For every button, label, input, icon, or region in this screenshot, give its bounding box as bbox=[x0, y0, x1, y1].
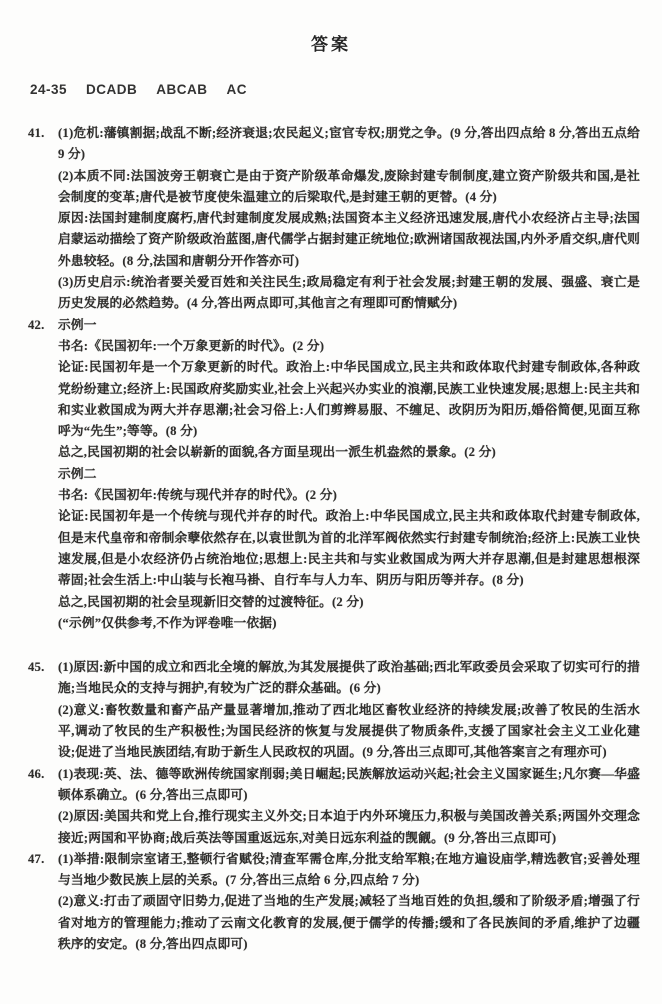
question-block: 45.(1)原因:新中国的成立和西北全境的解放,为其发展提供了政治基础;西北军政… bbox=[28, 657, 640, 763]
answer-paragraph: (2)意义:打击了顽固守旧势力,促进了当地的生产发展;减轻了当地百姓的负担,缓和… bbox=[58, 891, 640, 955]
question-number: 46. bbox=[28, 764, 58, 785]
answer-paragraph: (1)举措:限制宗室诸王,整顿行省赋役;清查军需仓库,分批支给军粮;在地方遍设庙… bbox=[58, 849, 640, 892]
choice-group: AC bbox=[227, 82, 248, 97]
questions-list: 41.(1)危机:藩镇割据;战乱不断;经济衰退;农民起义;宦官专权;朋党之争。(… bbox=[28, 123, 640, 955]
answer-paragraph: (2)意义:畜牧数量和畜产品产量显著增加,推动了西北地区畜牧业经济的持续发展;改… bbox=[58, 700, 640, 764]
multiple-choice-answers: 24-35 DCADB ABCAB AC bbox=[30, 82, 662, 97]
answer-paragraph: (1)原因:新中国的成立和西北全境的解放,为其发展提供了政治基础;西北军政委员会… bbox=[58, 657, 640, 700]
question-body: 示例一书名:《民国初年:一个万象更新的时代》。(2 分)论证:民国初年是一个万象… bbox=[58, 315, 640, 634]
question-body: (1)表现:英、法、德等欧洲传统国家削弱;美日崛起;民族解放运动兴起;社会主义国… bbox=[58, 764, 640, 849]
answer-paragraph: (2)原因:美国共和党上台,推行现实主义外交;日本迫于内外环境压力,积极与美国改… bbox=[58, 806, 640, 849]
question-body: (1)危机:藩镇割据;战乱不断;经济衰退;农民起义;宦官专权;朋党之争。(9 分… bbox=[58, 123, 640, 315]
choice-range: 24-35 bbox=[30, 82, 67, 97]
question-number: 45. bbox=[28, 657, 58, 678]
choice-group: DCADB bbox=[86, 82, 137, 97]
answer-paragraph: 总之,民国初期的社会呈现新旧交替的过渡特征。(2 分) bbox=[58, 592, 640, 613]
answer-sheet-page: 答案 24-35 DCADB ABCAB AC 41.(1)危机:藩镇割据;战乱… bbox=[0, 0, 662, 1004]
answer-paragraph: 示例一 bbox=[58, 315, 640, 336]
answer-paragraph: 总之,民国初期的社会以崭新的面貌,各方面呈现出一派生机盎然的景象。(2 分) bbox=[58, 442, 640, 463]
question-block: 41.(1)危机:藩镇割据;战乱不断;经济衰退;农民起义;宦官专权;朋党之争。(… bbox=[28, 123, 640, 315]
question-body: (1)原因:新中国的成立和西北全境的解放,为其发展提供了政治基础;西北军政委员会… bbox=[58, 657, 640, 763]
question-number: 41. bbox=[28, 123, 58, 144]
answer-paragraph: 论证:民国初年是一个传统与现代并存的时代。政治上:中华民国成立,民主共和政体取代… bbox=[58, 506, 640, 591]
answer-paragraph: (1)表现:英、法、德等欧洲传统国家削弱;美日崛起;民族解放运动兴起;社会主义国… bbox=[58, 764, 640, 807]
question-number: 47. bbox=[28, 849, 58, 870]
answer-paragraph: 书名:《民国初年:一个万象更新的时代》。(2 分) bbox=[58, 336, 640, 357]
answer-paragraph: 示例二 bbox=[58, 464, 640, 485]
question-body: (1)举措:限制宗室诸王,整顿行省赋役;清查军需仓库,分批支给军粮;在地方遍设庙… bbox=[58, 849, 640, 955]
answer-paragraph: (3)历史启示:统治者要关爱百姓和关注民生;政局稳定有利于社会发展;封建王朝的发… bbox=[58, 272, 640, 315]
answer-paragraph: 论证:民国初年是一个万象更新的时代。政治上:中华民国成立,民主共和政体取代封建专… bbox=[58, 357, 640, 442]
answer-paragraph: (1)危机:藩镇割据;战乱不断;经济衰退;农民起义;宦官专权;朋党之争。(9 分… bbox=[58, 123, 640, 166]
answer-paragraph: 原因:法国封建制度腐朽,唐代封建制度发展成熟;法国资本主义经济迅速发展,唐代小农… bbox=[58, 208, 640, 272]
answer-paragraph: (2)本质不同:法国波旁王朝衰亡是由于资产阶级革命爆发,废除封建专制制度,建立资… bbox=[58, 166, 640, 209]
question-block: 42.示例一书名:《民国初年:一个万象更新的时代》。(2 分)论证:民国初年是一… bbox=[28, 315, 640, 634]
question-number: 42. bbox=[28, 315, 58, 336]
question-block: 47.(1)举措:限制宗室诸王,整顿行省赋役;清查军需仓库,分批支给军粮;在地方… bbox=[28, 849, 640, 955]
question-block: 46.(1)表现:英、法、德等欧洲传统国家削弱;美日崛起;民族解放运动兴起;社会… bbox=[28, 764, 640, 849]
answer-paragraph: (“示例”仅供参考,不作为评卷唯一依据) bbox=[58, 613, 640, 634]
answer-paragraph: 书名:《民国初年:传统与现代并存的时代》。(2 分) bbox=[58, 485, 640, 506]
choice-group: ABCAB bbox=[156, 82, 207, 97]
page-title: 答案 bbox=[0, 0, 662, 55]
